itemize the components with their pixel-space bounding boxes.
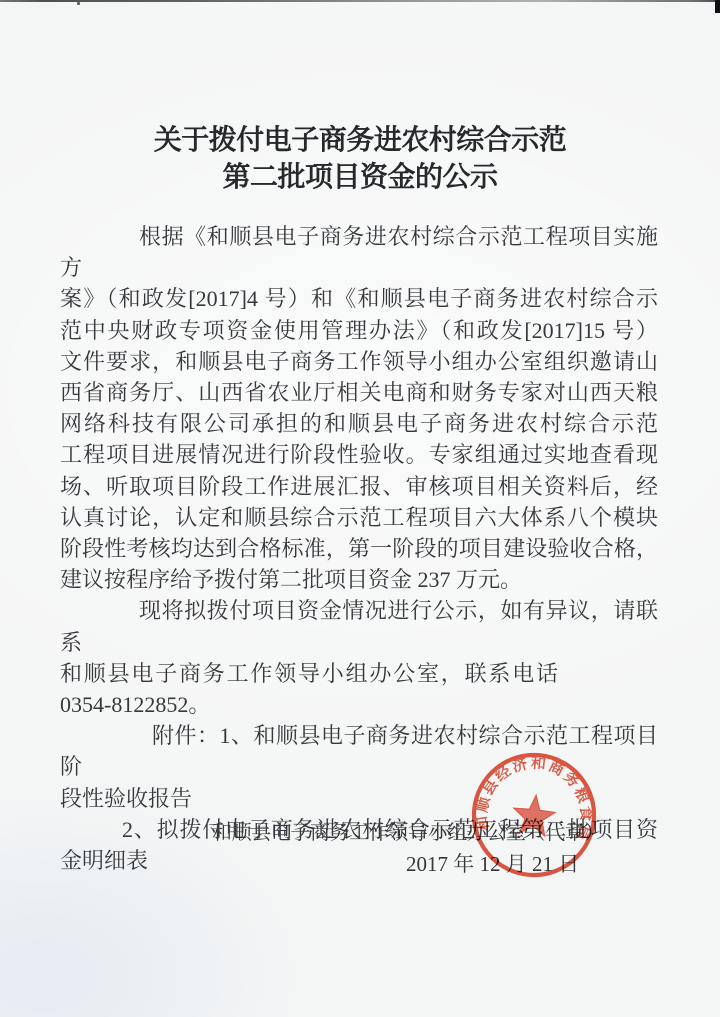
official-seal: 和顺县经济和商务粮食局: [452, 733, 617, 898]
scan-edge-artifact: [0, 0, 720, 2]
body-line: 工程项目进展情况进行阶段性验收。专家组通过实地查看现: [60, 439, 658, 470]
body-line: 阶段性考核均达到合格标准，第一阶段的项目建设验收合格，: [60, 533, 658, 564]
notice-title-line2: 第二批项目资金的公示: [0, 158, 720, 195]
body-line: 根据《和顺县电子商务进农村综合示范工程项目实施方: [60, 221, 658, 283]
body-line: 和顺县电子商务工作领导小组办公室，联系电话: [60, 658, 658, 689]
official-seal-graphic: 和顺县经济和商务粮食局: [452, 733, 617, 898]
scan-speck-artifact: [77, 2, 80, 5]
body-line: 案》（和政发[2017]4 号）和《和顺县电子商务进农村综合示: [60, 283, 658, 314]
scanned-notice-page: 关于拨付电子商务进农村综合示范 第二批项目资金的公示 根据《和顺县电子商务进农村…: [0, 0, 720, 1017]
body-line: 现将拟拨付项目资金情况进行公示，如有异议，请联系: [60, 595, 658, 657]
notice-title: 关于拨付电子商务进农村综合示范 第二批项目资金的公示: [0, 121, 720, 195]
body-line contact-phone: 0354-8122852。: [60, 689, 658, 720]
star-icon: [511, 793, 557, 837]
scan-corner-artifact: [715, 0, 720, 13]
body-line: 场、听取项目阶段工作进展汇报、审核项目相关资料后，经: [60, 471, 658, 502]
body-line: 建议按程序给予拨付第二批项目资金 237 万元。: [60, 564, 658, 595]
body-line: 西省商务厅、山西省农业厅相关电商和财务专家对山西天粮: [60, 377, 658, 408]
body-line: 认真讨论，认定和顺县综合示范工程项目六大体系八个模块: [60, 502, 658, 533]
body-line: 网络科技有限公司承担的和顺县电子商务进农村综合示范: [60, 408, 658, 439]
body-line: 范中央财政专项资金使用管理办法》（和政发[2017]15 号）: [60, 315, 658, 346]
body-line: 文件要求，和顺县电子商务工作领导小组办公室组织邀请山: [60, 346, 658, 377]
notice-title-line1: 关于拨付电子商务进农村综合示范: [0, 121, 720, 158]
